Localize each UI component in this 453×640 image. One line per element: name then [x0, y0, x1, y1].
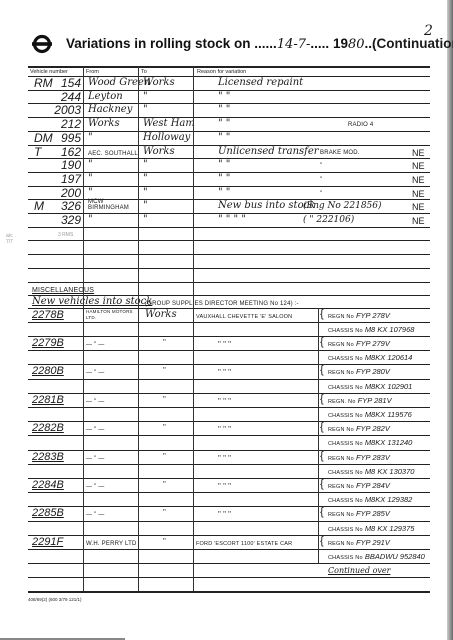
vehicle-number: 154 — [54, 77, 81, 89]
from-supplier: — " — — [86, 339, 104, 351]
vehicle-number: 995 — [54, 132, 81, 144]
rule-line — [28, 240, 430, 241]
ne-mark: NE — [412, 160, 425, 172]
vehicle-number: 2291F — [32, 536, 63, 548]
rule-line — [28, 364, 430, 365]
chassis: CHASSIS No M8 KX 107968 — [328, 324, 414, 337]
rule-line — [28, 563, 430, 564]
registration: REGN No FYP 291V — [328, 537, 390, 550]
reg-number: FYP 283V — [356, 453, 390, 462]
vehicle-number: 329 — [54, 214, 81, 226]
margin-note: 7/7 — [6, 239, 13, 245]
rule-line — [28, 577, 430, 578]
vehicle-number: 197 — [54, 173, 81, 185]
chassis-label: CHASSIS No — [328, 328, 363, 334]
rule-line — [28, 535, 430, 536]
from-depot: " — [88, 132, 93, 144]
vehicle-number: 2281B — [32, 394, 64, 406]
chassis-number: M8KX 131240 — [365, 438, 413, 447]
reg-label: REGN. No — [328, 399, 356, 405]
to-depot: West Ham — [143, 118, 195, 130]
form-header: Variations in rolling stock on ......14-… — [32, 33, 432, 57]
page-title: Variations in rolling stock on ......14-… — [66, 36, 376, 52]
brace-mark: { — [320, 450, 324, 462]
reason: " " — [218, 132, 230, 144]
rule-line — [28, 336, 430, 337]
rule-line — [28, 478, 430, 479]
registration: REGN No FYP 282V — [328, 423, 390, 436]
registration: REGN No FYP 280V — [328, 366, 390, 379]
rule-line — [28, 379, 430, 380]
faint-note: 3 RMS — [58, 229, 73, 241]
vehicle-number: 212 — [54, 118, 81, 130]
extra-note: (Eng No 221856) — [303, 200, 382, 212]
chassis-label: CHASSIS No — [328, 413, 363, 419]
from-supplier: — " — — [86, 396, 104, 408]
chassis-label: CHASSIS No — [328, 385, 363, 391]
from-depot: " — [88, 187, 93, 199]
reg-label: REGN No — [328, 484, 354, 490]
continued-over-note: Continued over — [328, 565, 390, 577]
vehicle-number: 190 — [54, 159, 81, 171]
chassis-number: M8 KX 129375 — [365, 524, 415, 533]
vehicle-class: DM — [34, 132, 53, 144]
rule-line — [28, 407, 430, 408]
reason: " " — [218, 118, 230, 130]
chassis-number: M8 KX 130370 — [365, 467, 415, 476]
brace-mark: { — [320, 506, 324, 518]
rule-line — [28, 421, 430, 422]
to-depot: " — [163, 337, 166, 349]
extra-note: " — [320, 160, 322, 172]
reg-number: FYP 280V — [356, 367, 390, 376]
to-depot: Works — [143, 77, 175, 89]
vehicle-model: " " " — [218, 424, 231, 436]
vehicle-number: 162 — [54, 146, 81, 158]
rule-line — [28, 506, 430, 507]
to-depot: " — [143, 159, 148, 171]
to-depot: " — [143, 104, 148, 116]
vehicle-class: T — [34, 146, 41, 158]
rule-line — [28, 350, 430, 351]
from-supplier: — " — — [86, 367, 104, 379]
reg-label: REGN No — [328, 512, 354, 518]
rule-line — [28, 492, 430, 493]
column-divider — [193, 66, 194, 591]
from-depot: MCW BIRMINGHAM — [88, 199, 140, 211]
chassis-label: CHASSIS No — [328, 527, 363, 533]
chassis-number: M8KX 120614 — [365, 353, 413, 362]
vehicle-model: " " " — [218, 396, 231, 408]
extra-note: " — [320, 188, 322, 200]
rule-line — [28, 549, 430, 550]
registration: REGN No FYP 285V — [328, 508, 390, 521]
vehicle-model: " " " — [218, 481, 231, 493]
from-supplier: HAMILTON MOTORS LTD. — [86, 309, 136, 321]
to-depot: Works — [143, 146, 175, 158]
reg-number: FYP 281V — [358, 396, 392, 405]
registration: REGN No FYP 284V — [328, 480, 390, 493]
reg-label: REGN No — [328, 427, 354, 433]
brace-mark: { — [320, 308, 324, 320]
to-depot: " — [163, 479, 166, 491]
brace-mark: { — [320, 535, 324, 547]
chassis: CHASSIS No M8KX 131240 — [328, 437, 412, 450]
from-depot: " — [88, 159, 93, 171]
vehicle-number: 200 — [54, 187, 81, 199]
reg-number: FYP 285V — [356, 509, 390, 518]
rule-line — [28, 282, 430, 283]
vehicle-model: VAUXHALL CHEVETTE 'E' SALOON — [196, 311, 292, 323]
reason: " " — [218, 187, 230, 199]
chassis: CHASSIS No M8KX 120614 — [328, 352, 412, 365]
chassis: CHASSIS No M8 KX 129375 — [328, 523, 414, 536]
chassis-label: CHASSIS No — [328, 555, 363, 561]
from-depot: " — [88, 173, 93, 185]
column-divider — [318, 308, 319, 564]
reg-label: REGN No — [328, 370, 354, 376]
vehicle-number: 2279B — [32, 337, 64, 349]
vehicle-class: RM — [34, 77, 53, 89]
chassis-label: CHASSIS No — [328, 498, 363, 504]
reason: " " — [218, 104, 230, 116]
form-code: 408/69(2) (600 3/79 121/1) — [28, 597, 82, 602]
col-header-to: To — [141, 69, 147, 75]
chassis: CHASSIS No M8KX 129382 — [328, 494, 412, 507]
col-header-from: From — [86, 69, 99, 75]
continuation-label: (Continuation) — [372, 36, 453, 51]
rule-line — [28, 268, 430, 269]
chassis-number: M8KX 129382 — [365, 495, 413, 504]
rule-line — [28, 450, 430, 451]
chassis-label: CHASSIS No — [328, 356, 363, 362]
rule-line — [28, 227, 430, 228]
reg-number: FYP 284V — [356, 481, 390, 490]
vehicle-number: 2003 — [54, 104, 81, 116]
registration: REGN No FYP 283V — [328, 452, 390, 465]
to-depot: Holloway — [143, 132, 190, 144]
to-depot: " — [143, 91, 148, 103]
registration: REGN No FYP 278V — [328, 310, 390, 323]
reg-number: FYP 291V — [356, 538, 390, 547]
vehicle-number: 2283B — [32, 451, 64, 463]
to-depot: " — [163, 394, 166, 406]
page-edge-shadow — [447, 0, 453, 640]
reg-number: FYP 282V — [356, 424, 390, 433]
reason: Unlicensed transfer — [218, 146, 319, 158]
vehicle-number: 326 — [54, 200, 81, 212]
brace-mark: { — [320, 336, 324, 348]
extra-note: BRAKE MOD. — [320, 147, 360, 159]
ne-mark: NE — [412, 188, 425, 200]
chassis: CHASSIS No M8KX 119576 — [328, 409, 412, 422]
extra-note: ( " 222106) — [303, 214, 354, 226]
to-depot: " — [143, 187, 148, 199]
chassis-number: M8KX 119576 — [365, 410, 412, 419]
to-depot: " — [163, 365, 166, 377]
registration: REGN. No FYP 281V — [328, 395, 392, 408]
to-depot: " — [143, 173, 148, 185]
brace-mark: { — [320, 421, 324, 433]
from-depot: Leyton — [88, 91, 123, 103]
vehicle-model: " " " — [218, 339, 231, 351]
ne-mark: NE — [412, 201, 425, 213]
from-supplier: — " — — [86, 453, 104, 465]
vehicle-number: 2278B — [32, 309, 64, 321]
reason: " " — [218, 173, 230, 185]
col-header-vehicle-number: Vehicle number — [30, 69, 68, 75]
reg-number: FYP 278V — [356, 311, 390, 320]
from-depot: Works — [88, 118, 120, 130]
registration: REGN No FYP 279V — [328, 338, 390, 351]
reason: New bus into stock — [218, 200, 315, 212]
date-day-month: 14-7- — [277, 37, 311, 52]
vehicle-model: " " " — [218, 453, 231, 465]
vehicle-number: 244 — [54, 91, 81, 103]
chassis-number: M8KX 102901 — [365, 382, 413, 391]
from-supplier: — " — — [86, 481, 104, 493]
vehicle-number: 2284B — [32, 479, 64, 491]
to-depot: Works — [145, 309, 177, 321]
ne-mark: NE — [412, 215, 425, 227]
vehicle-number: 2280B — [32, 365, 64, 377]
rule-line — [28, 464, 430, 465]
from-supplier: W.H. PERRY LTD — [86, 538, 136, 550]
chassis-label: CHASSIS No — [328, 441, 363, 447]
vehicle-model: " " " — [218, 367, 231, 379]
chassis-number: BBADWU 952840 — [365, 552, 425, 561]
vehicle-model: " " " — [218, 509, 231, 521]
rule-line — [28, 322, 430, 323]
chassis: CHASSIS No M8 KX 130370 — [328, 466, 414, 479]
chassis: CHASSIS No M8KX 102901 — [328, 381, 412, 394]
rule-line — [28, 521, 430, 522]
reason: " " " " — [218, 214, 246, 226]
chassis-number: M8 KX 107968 — [365, 325, 415, 334]
vehicle-number: 2282B — [32, 422, 64, 434]
to-depot: " — [163, 507, 166, 519]
brace-mark: { — [320, 364, 324, 376]
brace-mark: { — [320, 393, 324, 405]
to-depot: " — [163, 451, 166, 463]
from-depot: Wood Green — [88, 77, 150, 89]
page-number: 2 — [424, 23, 433, 39]
from-depot: Hackney — [88, 104, 132, 116]
rule-line — [28, 393, 430, 394]
column-divider — [138, 66, 139, 591]
rule-line — [28, 435, 430, 436]
reg-label: REGN No — [328, 541, 354, 547]
reg-number: FYP 279V — [356, 339, 390, 348]
extra-note: " — [320, 174, 322, 186]
rule-line — [28, 591, 430, 593]
from-depot: " — [88, 214, 93, 226]
chassis: CHASSIS No BBADWU 952840 — [328, 551, 425, 564]
reg-label: REGN No — [328, 342, 354, 348]
misc-subheading: New vehicles into stock — [32, 296, 152, 308]
col-header-reason: Reason for variation — [197, 69, 246, 75]
vehicle-model: FORD 'ESCORT 1100' ESTATE CAR — [196, 538, 292, 550]
rule-line — [28, 66, 430, 68]
london-transport-roundel-icon — [32, 34, 52, 54]
reason: " " — [218, 159, 230, 171]
reg-label: REGN No — [328, 456, 354, 462]
extra-note: RADIO 4 — [348, 119, 373, 131]
chassis-label: CHASSIS No — [328, 470, 363, 476]
rule-line — [28, 254, 430, 255]
ne-mark: NE — [412, 147, 425, 159]
to-depot: " — [143, 200, 148, 212]
vehicle-class: M — [34, 200, 44, 212]
to-depot: " — [163, 422, 166, 434]
vehicle-number: 2285B — [32, 507, 64, 519]
reason: Licensed repaint — [218, 77, 303, 89]
reason: " " — [218, 91, 230, 103]
from-supplier: — " — — [86, 509, 104, 521]
brace-mark: { — [320, 478, 324, 490]
column-divider — [83, 66, 84, 591]
date-year: 80 — [348, 37, 365, 52]
reg-label: REGN No — [328, 314, 354, 320]
to-depot: " — [143, 214, 148, 226]
to-depot: " — [163, 536, 166, 548]
from-supplier: — " — — [86, 424, 104, 436]
ne-mark: NE — [412, 174, 425, 186]
